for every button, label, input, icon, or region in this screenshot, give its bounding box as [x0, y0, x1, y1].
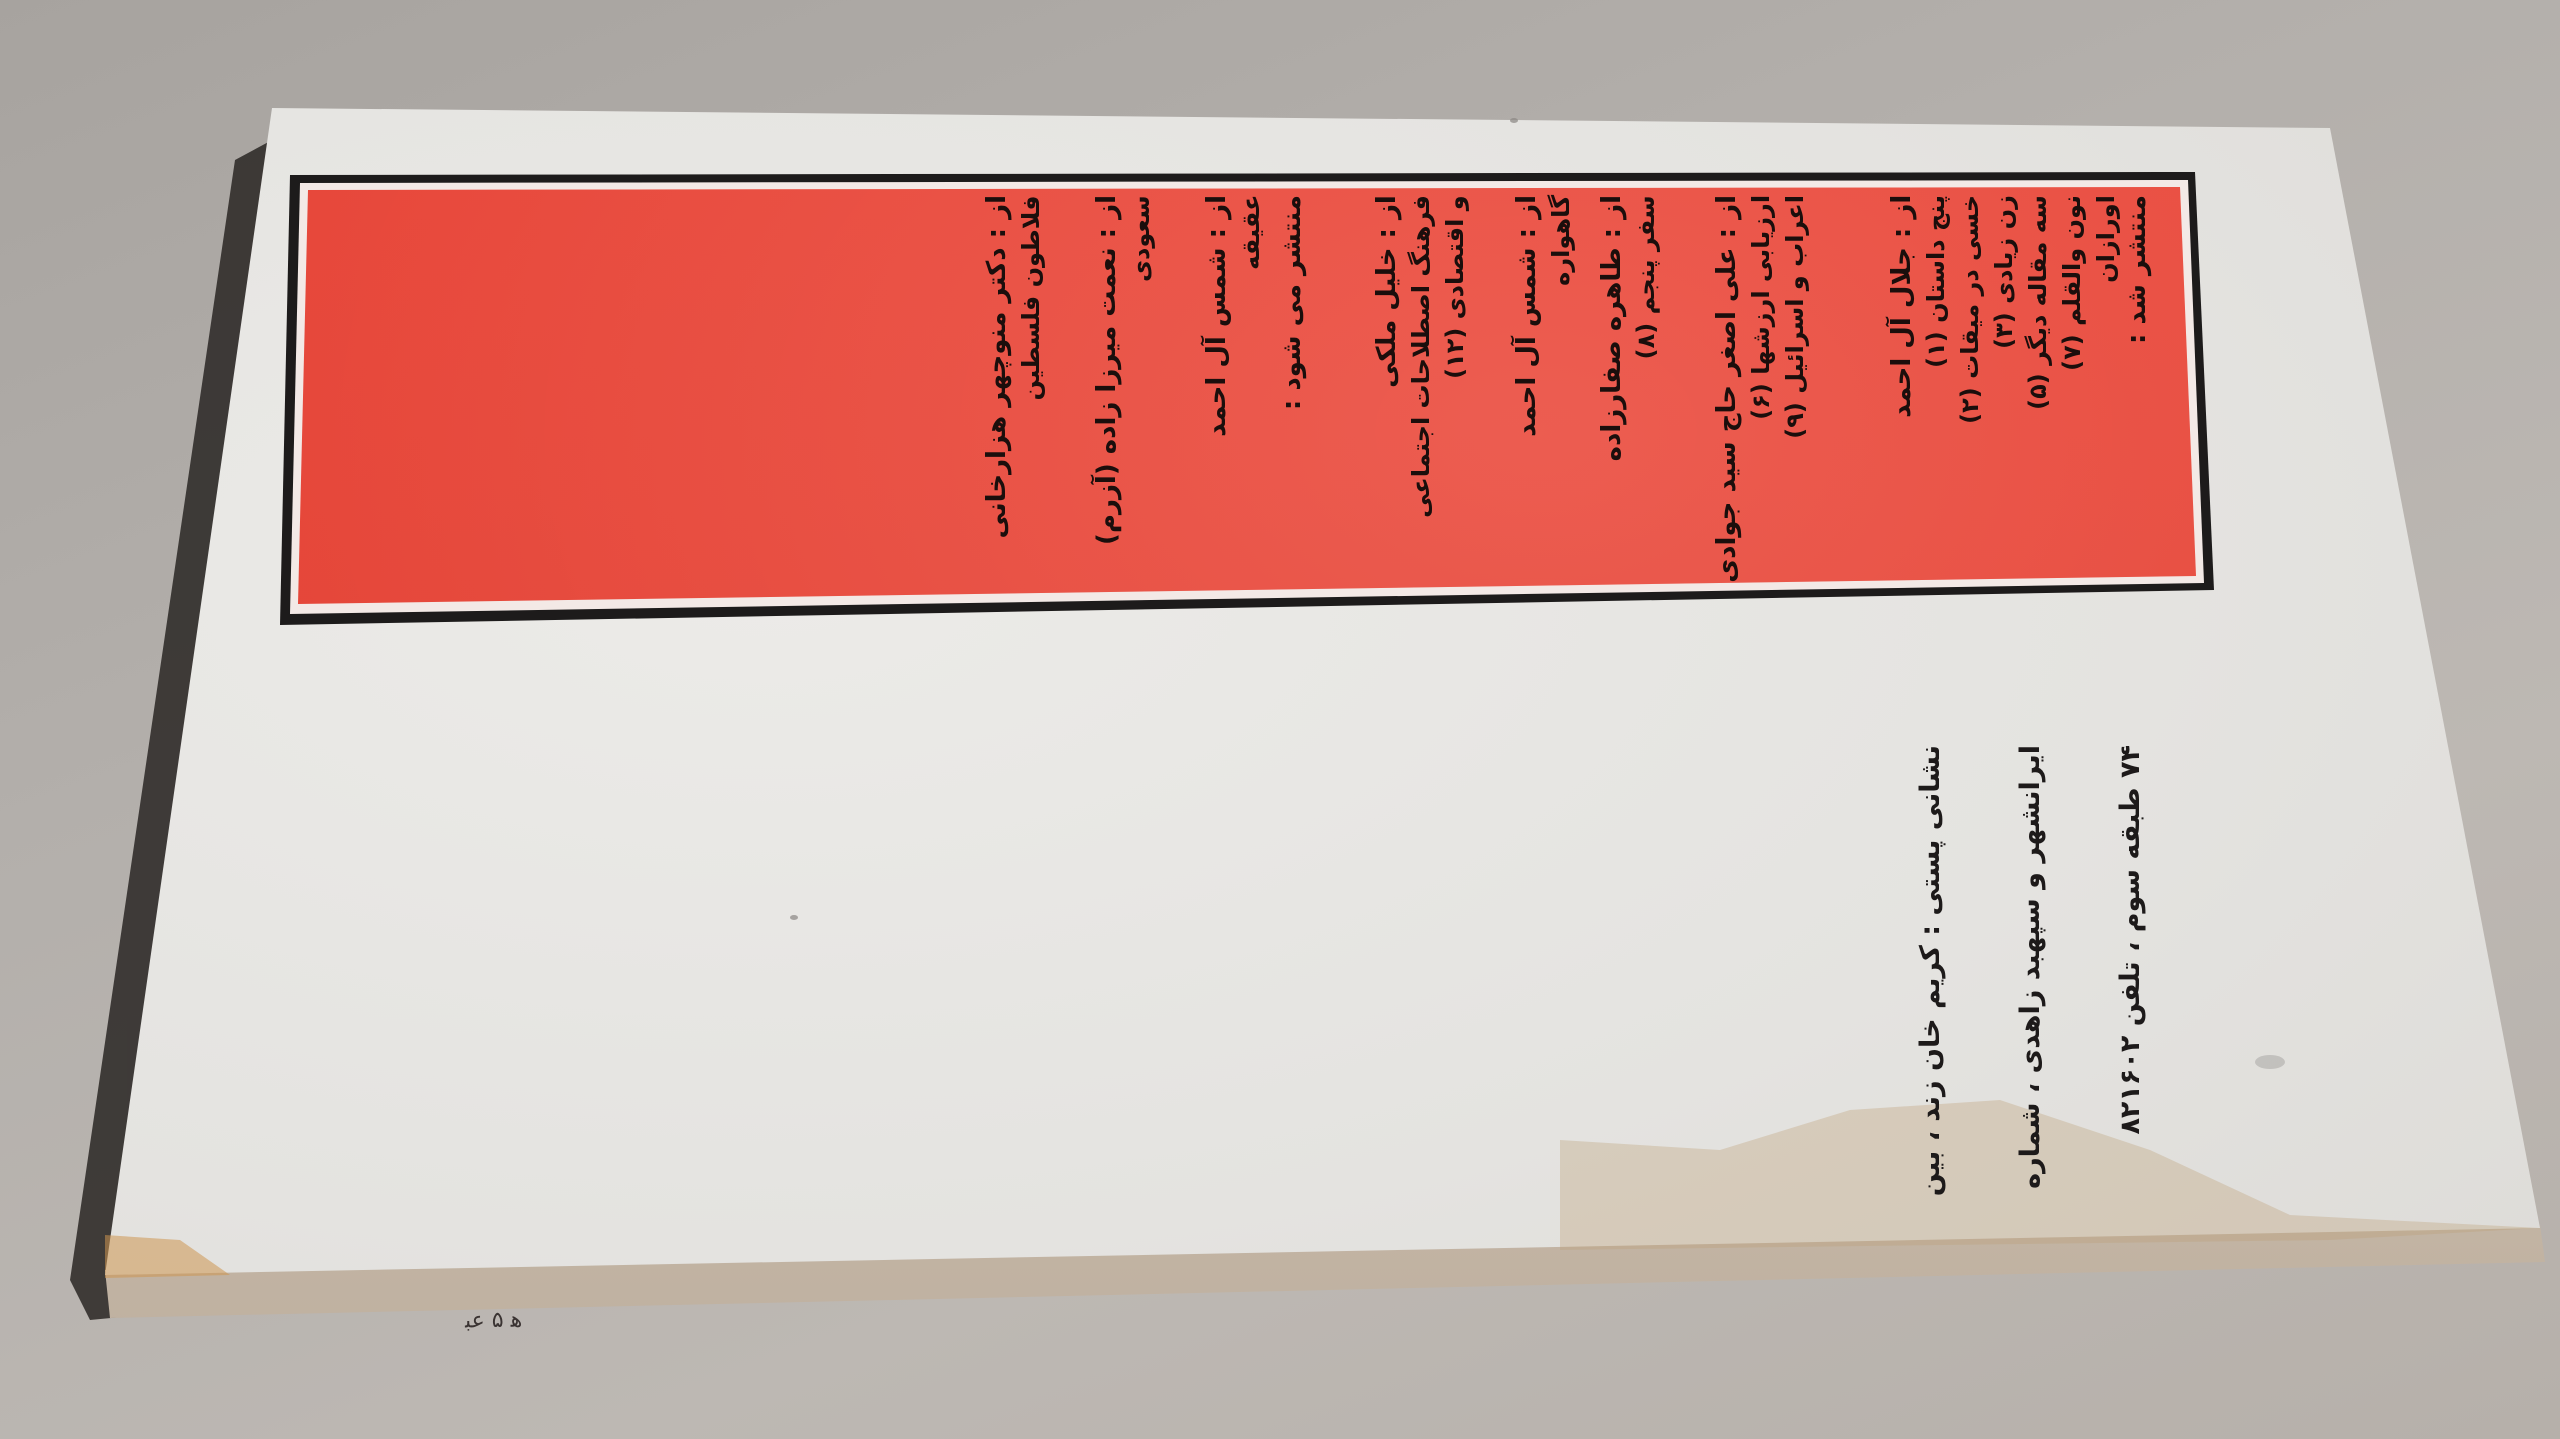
book-title: فلاطون فلسطین: [1014, 195, 1048, 538]
scuff-mark: [790, 915, 798, 920]
address-line: نشانی پستی : کریم خان زند ، بین: [1915, 745, 1946, 1196]
book-list-column: از : شمس آل احمد گاهواره: [1510, 195, 1578, 437]
column-header: از : خلیل ملکی: [1370, 195, 1404, 518]
book-title: عقیقه: [1234, 195, 1268, 437]
book-list-column: از : دکتر منوچهر هزارخانی فلاطون فلسطین: [980, 195, 1048, 538]
column-header: از : دکتر منوچهر هزارخانی: [980, 195, 1014, 538]
column-header: از : طاهره صفارزاده: [1595, 195, 1629, 461]
book-title: ارزیابی ارزشها (۶): [1744, 195, 1778, 583]
column-header: از : علی اصغر حاج سید جوادی: [1710, 195, 1744, 583]
book-list-column: از : علی اصغر حاج سید جوادی ارزیابی ارزش…: [1710, 195, 1812, 583]
book-list-column: از : شمس آل احمد عقیقه: [1200, 195, 1268, 437]
book-list-column: از : طاهره صفارزاده سفر پنجم (۸): [1595, 195, 1663, 461]
book-title: زن زیادی (۳): [1987, 195, 2021, 424]
book-list-column: منتشر می شود :: [1275, 195, 1309, 410]
book-title: سعودی: [1124, 195, 1158, 545]
scuff-mark: [1510, 118, 1518, 123]
address-line: ۷۴ طبقه سوم ، تلفن ۸۲۱۶۰۲: [2115, 745, 2146, 1135]
scuff-mark: [2255, 1055, 2285, 1069]
book-list-column: منتشر شد :: [2120, 195, 2154, 344]
column-header: منتشر می شود :: [1275, 195, 1309, 410]
book-title: اورازان: [2089, 195, 2123, 424]
column-header: از : شمس آل احمد: [1200, 195, 1234, 437]
book-title: فرهنگ اصطلاحات اجتماعی: [1404, 195, 1438, 518]
spine-handwriting: ﻫ ۵ ﻋﺒ: [465, 1308, 523, 1334]
column-header: از : شمس آل احمد: [1510, 195, 1544, 437]
book-title: پنج داستان (۱): [1919, 195, 1953, 424]
book-title: سفر پنجم (۸): [1629, 195, 1663, 461]
book-list-column: از : خلیل ملکی فرهنگ اصطلاحات اجتماعی و …: [1370, 195, 1472, 518]
book-title: و اقتصادی (۱۲): [1438, 195, 1472, 518]
book-list-column: از : جلال آل احمد پنج داستان (۱) خسی در …: [1885, 195, 2123, 424]
book-title: سه مقاله دیگر (۵): [2021, 195, 2055, 424]
photo-scene: منتشر شد : از : جلال آل احمد پنج داستان …: [0, 0, 2560, 1439]
publisher-address: نشانی پستی : کریم خان زند ، بین ایرانشهر…: [1895, 745, 2215, 1245]
book-list-column: از : نعمت میرزا زاده (آزرم) سعودی: [1090, 195, 1158, 545]
book-title: گاهواره: [1544, 195, 1578, 437]
address-line: ایرانشهر و سپهبد زاهدی ، شماره: [2015, 745, 2046, 1189]
column-header: از : جلال آل احمد: [1885, 195, 1919, 424]
column-header: از : نعمت میرزا زاده (آزرم): [1090, 195, 1124, 545]
book-list: منتشر شد : از : جلال آل احمد پنج داستان …: [330, 195, 2190, 595]
book-title: اعراب و اسرائیل (۹): [1778, 195, 1812, 583]
column-header: منتشر شد :: [2120, 195, 2154, 344]
book-title: نون والقلم (۷): [2055, 195, 2089, 424]
book-title: خسی در میقات (۲): [1953, 195, 1987, 424]
